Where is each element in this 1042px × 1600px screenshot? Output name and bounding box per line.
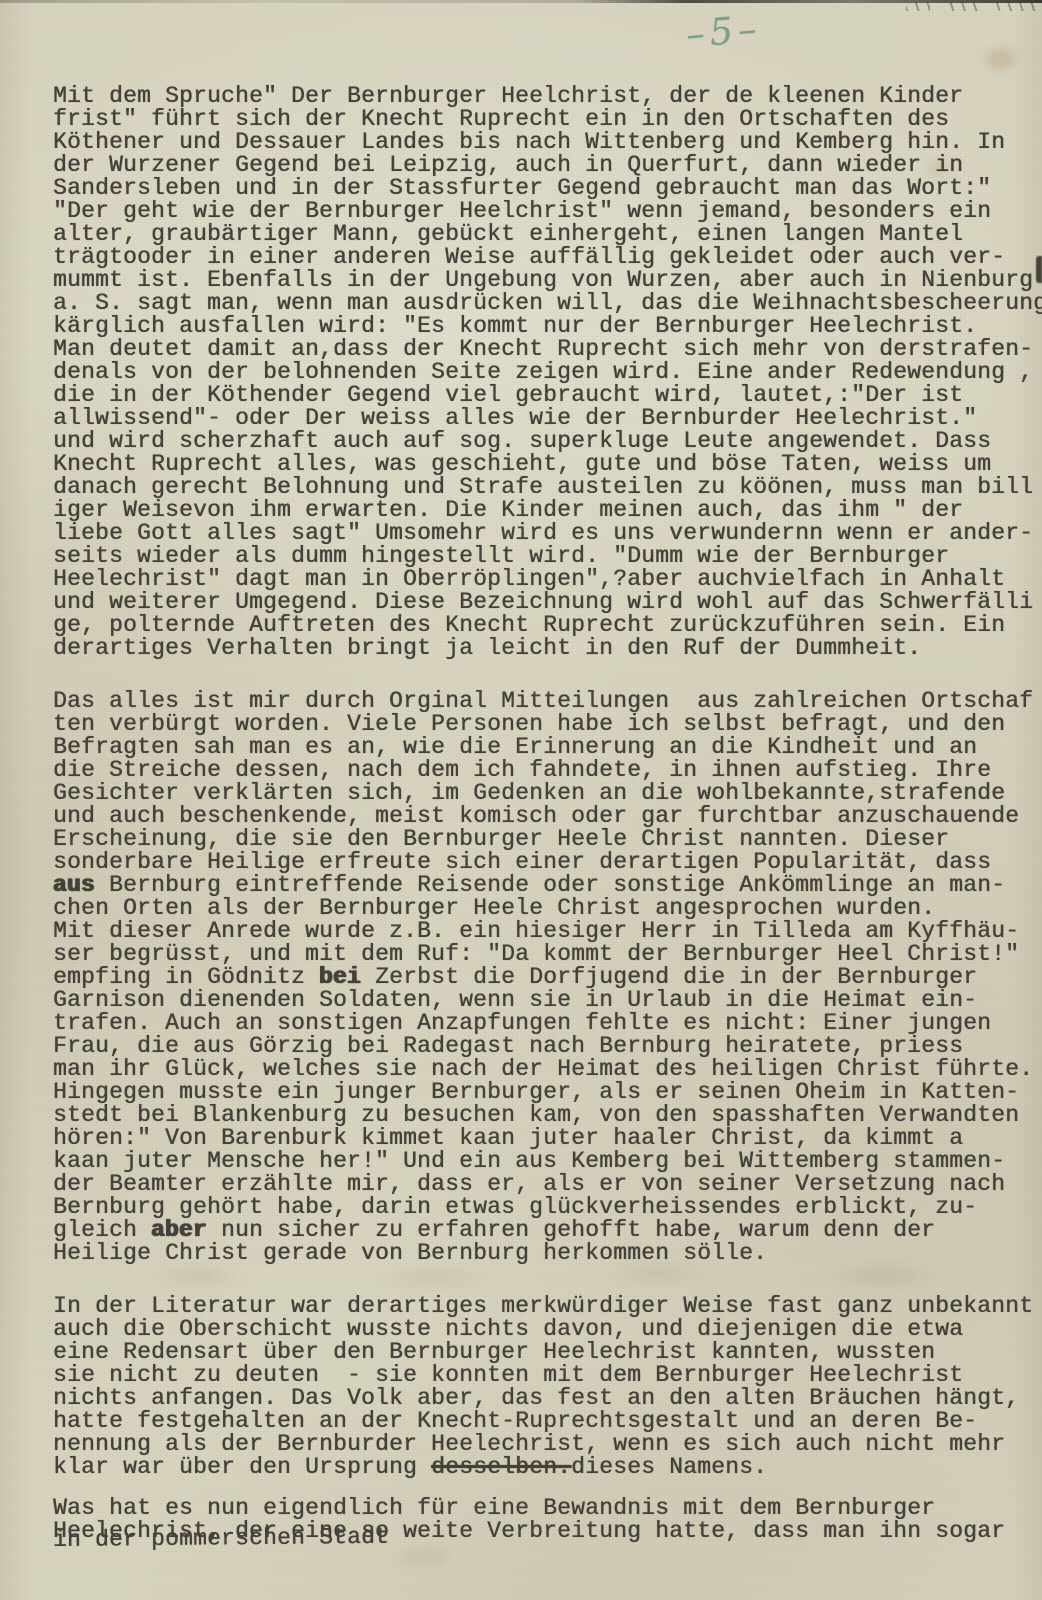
text-line: alter, graubärtiger Mann, gebückt einher… <box>53 223 1042 246</box>
scan-edge-top <box>0 0 1042 3</box>
text-line: Hingegen musste ein junger Bernburger, a… <box>53 1081 1042 1104</box>
text-line: Man deutet damit an,dass der Knecht Rupr… <box>53 338 1042 361</box>
text-line: seits wieder als dumm hingestellt wird. … <box>53 545 1042 568</box>
text-line: denals von der belohnenden Seite zeigen … <box>53 361 1042 384</box>
text-line: In der Literatur war derartiges merkwürd… <box>53 1295 1042 1318</box>
text-line: derartiges Verhalten bringt ja leicht in… <box>53 637 1042 660</box>
paragraph: Mit dem Spruche" Der Bernburger Heelchri… <box>53 85 1042 660</box>
text-line: trafen. Auch an sonstigen Anzapfungen fe… <box>53 1012 1042 1035</box>
text-line: kärglich ausfallen wird: "Es kommt nur d… <box>53 315 1042 338</box>
struck-text: desselben. <box>431 1454 571 1480</box>
text-line: ge, polternde Auftreten des Knecht Rupre… <box>53 614 1042 637</box>
pencil-marks <box>906 2 1038 11</box>
text-line: Heilige Christ gerade von Bernburg herko… <box>53 1242 1042 1265</box>
text-line: eine Redensart über den Bernburger Heele… <box>53 1341 1042 1364</box>
text-line: Mit dem Spruche" Der Bernburger Heelchri… <box>53 85 1042 108</box>
typewritten-text: Mit dem Spruche" Der Bernburger Heelchri… <box>53 85 1042 1552</box>
text-line: sie nicht zu deuten - sie konnten mit de… <box>53 1364 1042 1387</box>
text-line: Frau, die aus Görzig bei Radegast nach B… <box>53 1035 1042 1058</box>
text-line: hören:" Von Barenburk kimmet kaan juter … <box>53 1127 1042 1150</box>
text-line: und wird scherzhaft auch auf sog. superk… <box>53 430 1042 453</box>
text-line: Was hat es nun eigendlich für eine Bewan… <box>53 1497 1042 1520</box>
text-line: a. S. sagt man, wenn man ausdrücken will… <box>53 292 1042 315</box>
text-line: Bernburg gehört habe, darin etwas glückv… <box>53 1196 1042 1219</box>
text-line: Mit dieser Anrede wurde z.B. ein hiesige… <box>53 920 1042 943</box>
text-line: danach gerecht Belohnung und Strafe aust… <box>53 476 1042 499</box>
text-line: trägtooder in einer anderen Weise auffäl… <box>53 246 1042 269</box>
text-segment: dieses Namens. <box>571 1454 767 1480</box>
text-line: der Wurzener Gegend bei Leipzig, auch in… <box>53 154 1042 177</box>
text-line: Garnison dienenden Soldaten, wenn sie in… <box>53 989 1042 1012</box>
text-line: nichts anfangen. Das Volk aber, das fest… <box>53 1387 1042 1410</box>
text-line: und auch beschenkende, meist komisch ode… <box>53 805 1042 828</box>
text-line: und weiterer Umgegend. Diese Bezeichnung… <box>53 591 1042 614</box>
paragraph: Was hat es nun eigendlich für eine Bewan… <box>53 1497 1042 1552</box>
text-line: liebe Gott alles sagt" Umsomehr wird es … <box>53 522 1042 545</box>
paragraph: In der Literatur war derartiges merkwürd… <box>53 1295 1042 1479</box>
text-line: die in der Köthender Gegend viel gebrauc… <box>53 384 1042 407</box>
text-line: der Beamter erzählte mir, dass er, als e… <box>53 1173 1042 1196</box>
text-line: chen Orten als der Bernburger Heele Chri… <box>53 897 1042 920</box>
text-line: stedt bei Blankenburg zu besuchen kam, v… <box>53 1104 1042 1127</box>
text-line: ten verbürgt worden. Viele Personen habe… <box>53 713 1042 736</box>
text-line: Köthener und Dessauer Landes bis nach Wi… <box>53 131 1042 154</box>
text-line: ser begrüsst, und mit dem Ruf: "Da kommt… <box>53 943 1042 966</box>
text-line: Das alles ist mir durch Orginal Mitteilu… <box>53 690 1042 713</box>
text-line: mummt ist. Ebenfalls in der Ungebung von… <box>53 269 1042 292</box>
text-line: nennung als der Bernburder Heelechrist, … <box>53 1433 1042 1456</box>
text-line: Gesichter verklärten sich, im Gedenken a… <box>53 782 1042 805</box>
text-line: kaan juter Mensche her!" Und ein aus Kem… <box>53 1150 1042 1173</box>
text-line: aus Bernburg eintreffende Reisende oder … <box>53 874 1042 897</box>
document-page: –5– Mit dem Spruche" Der Bernburger Heel… <box>0 0 1042 1600</box>
text-line: "Der geht wie der Bernburger Heelchrist"… <box>53 200 1042 223</box>
text-line: Heelechrist" dagt man in Oberröplingen",… <box>53 568 1042 591</box>
text-line: empfing in Gödnitz bei Zerbst die Dorfju… <box>53 966 1042 989</box>
text-line: Erscheinung, die sie den Bernburger Heel… <box>53 828 1042 851</box>
text-line: auch die Oberschicht wusste nichts davon… <box>53 1318 1042 1341</box>
text-line: man ihr Glück, welches sie nach der Heim… <box>53 1058 1042 1081</box>
text-line: klar war über den Ursprung desselben.die… <box>53 1456 1042 1479</box>
text-line: Befragten sah man es an, wie die Erinner… <box>53 736 1042 759</box>
text-line: frist" führt sich der Knecht Ruprecht ei… <box>53 108 1042 131</box>
paragraph: Das alles ist mir durch Orginal Mitteilu… <box>53 690 1042 1265</box>
page-number: –5– <box>684 7 763 56</box>
text-line: Knecht Ruprecht alles, was geschieht, gu… <box>53 453 1042 476</box>
text-line: Sandersleben und in der Stassfurter Gege… <box>53 177 1042 200</box>
text-line: iger Weisevon ihm erwarten. Die Kinder m… <box>53 499 1042 522</box>
text-line: hatte festgehalten an der Knecht-Ruprech… <box>53 1410 1042 1433</box>
text-line: gleich aber nun sicher zu erfahren gehof… <box>53 1219 1042 1242</box>
text-segment: klar war über den Ursprung <box>53 1454 431 1480</box>
text-line: sonderbare Heilige erfreute sich einer d… <box>53 851 1042 874</box>
paper-stain <box>986 48 1016 70</box>
text-line: die Streiche dessen, nach dem ich fahnde… <box>53 759 1042 782</box>
text-line: allwissend"- oder Der weiss alles wie de… <box>53 407 1042 430</box>
